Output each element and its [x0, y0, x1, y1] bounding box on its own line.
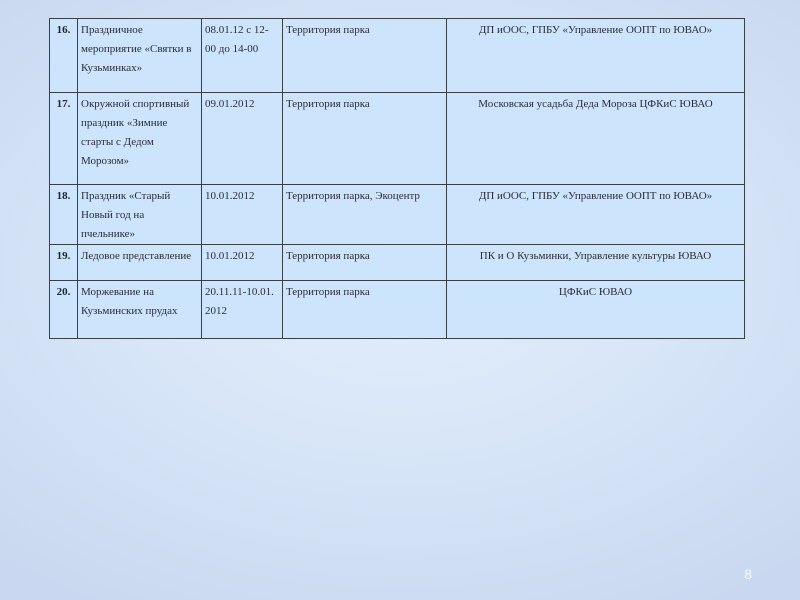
- event-organizer: Московская усадьба Деда Мороза ЦФКиС ЮВА…: [447, 93, 745, 185]
- event-date: 10.01.2012: [202, 245, 283, 281]
- table-row: 17. Окружной спортивный праздник «Зимние…: [50, 93, 745, 185]
- table-row: 19. Ледовое представление 10.01.2012 Тер…: [50, 245, 745, 281]
- event-place: Территория парка: [283, 281, 447, 339]
- row-number: 17.: [50, 93, 78, 185]
- event-place: Территория парка: [283, 19, 447, 93]
- row-number: 19.: [50, 245, 78, 281]
- event-date: 20.11.11-10.01.2012: [202, 281, 283, 339]
- event-place: Территория парка: [283, 245, 447, 281]
- event-organizer: ЦФКиС ЮВАО: [447, 281, 745, 339]
- event-name: Окружной спортивный праздник «Зимние ста…: [78, 93, 202, 185]
- row-number: 16.: [50, 19, 78, 93]
- event-organizer: ДП иООС, ГПБУ «Управление ООПТ по ЮВАО»: [447, 19, 745, 93]
- event-name: Праздничное мероприятие «Святки в Кузьми…: [78, 19, 202, 93]
- event-name: Праздник «Старый Новый год на пчельнике»: [78, 185, 202, 245]
- row-number: 20.: [50, 281, 78, 339]
- events-table: 16. Праздничное мероприятие «Святки в Ку…: [49, 18, 745, 339]
- table-row: 20. Моржевание на Кузьминских прудах 20.…: [50, 281, 745, 339]
- event-name: Ледовое представление: [78, 245, 202, 281]
- page-number: 8: [744, 566, 752, 582]
- slide: 16. Праздничное мероприятие «Святки в Ку…: [0, 0, 800, 600]
- event-date: 09.01.2012: [202, 93, 283, 185]
- event-date: 08.01.12 с 12-00 до 14-00: [202, 19, 283, 93]
- event-place: Территория парка, Экоцентр: [283, 185, 447, 245]
- row-number: 18.: [50, 185, 78, 245]
- table-row: 18. Праздник «Старый Новый год на пчельн…: [50, 185, 745, 245]
- event-name: Моржевание на Кузьминских прудах: [78, 281, 202, 339]
- event-organizer: ПК и О Кузьминки, Управление культуры ЮВ…: [447, 245, 745, 281]
- table-row: 16. Праздничное мероприятие «Святки в Ку…: [50, 19, 745, 93]
- event-organizer: ДП иООС, ГПБУ «Управление ООПТ по ЮВАО»: [447, 185, 745, 245]
- event-place: Территория парка: [283, 93, 447, 185]
- event-date: 10.01.2012: [202, 185, 283, 245]
